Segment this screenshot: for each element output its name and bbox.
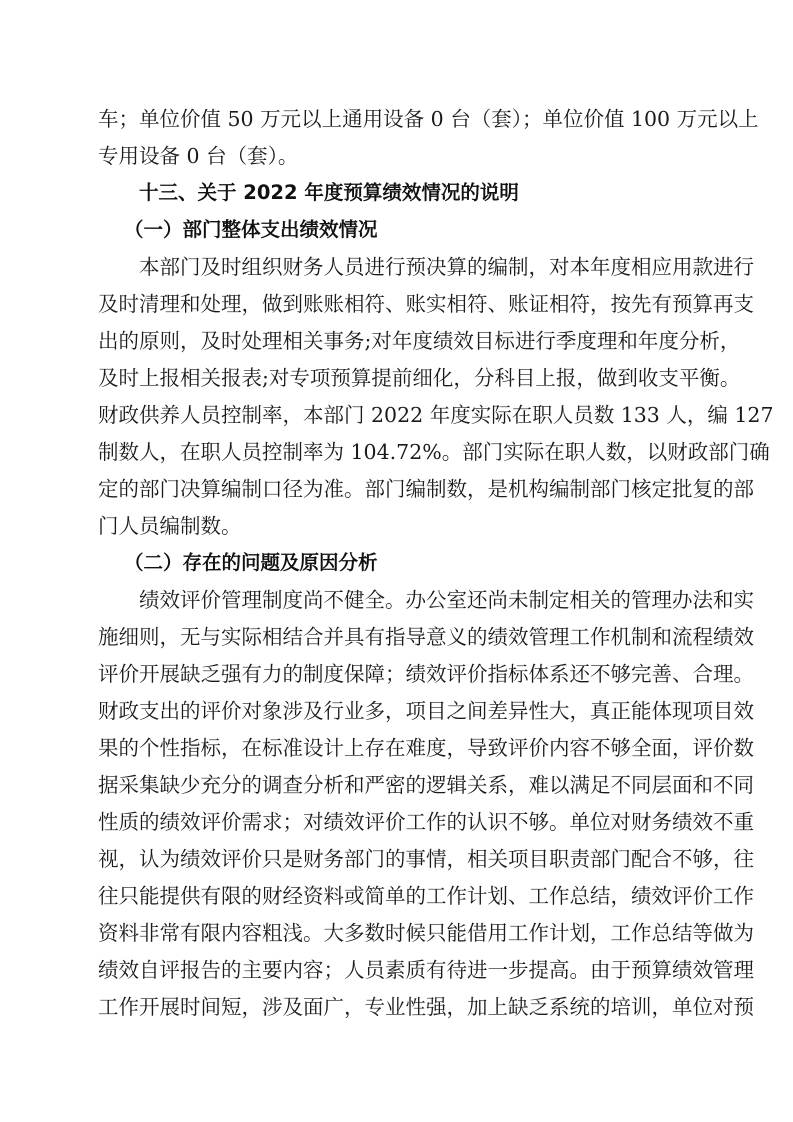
body-line: 资料非常有限内容粗浅。大多数时候只能借用工作计划，工作总结等做为 (98, 918, 700, 948)
body-line: 及时清理和处理，做到账账相符、账实相符、账证相符，按先有预算再支 (98, 289, 700, 319)
body-line: 财政支出的评价对象涉及行业多，项目之间差异性大，真正能体现项目效 (98, 696, 700, 726)
body-line: 定的部门决算编制口径为准。部门编制数，是机构编制部门核定批复的部 (98, 474, 700, 504)
body-line: 出的原则，及时处理相关事务;对年度绩效目标进行季度理和年度分析， (98, 326, 700, 356)
subsection-heading: （一）部门整体支出绩效情况 (124, 215, 378, 245)
body-line: 及时上报相关报表;对专项预算提前细化，分科目上报，做到收支平衡。 (98, 363, 700, 393)
body-line: 车；单位价值 50 万元以上通用设备 0 台（套）；单位价值 100 万元以上 (98, 104, 700, 134)
section-heading: 十三、关于 2022 年度预算绩效情况的说明 (139, 178, 519, 208)
body-line: 财政供养人员控制率，本部门 2022 年度实际在职人员数 133 人，编 127 (98, 400, 700, 430)
body-line: 果的个性指标，在标准设计上存在难度，导致评价内容不够全面，评价数 (98, 733, 700, 763)
body-line: 专用设备 0 台（套）。 (98, 141, 700, 171)
body-line: 工作开展时间短，涉及面广，专业性强，加上缺乏系统的培训，单位对预 (98, 992, 700, 1022)
body-line: 评价开展缺乏强有力的制度保障；绩效评价指标体系还不够完善、合理。 (98, 659, 700, 689)
body-line: 视，认为绩效评价只是财务部门的事情，相关项目职责部门配合不够，往 (98, 844, 700, 874)
body-line: 性质的绩效评价需求；对绩效评价工作的认识不够。单位对财务绩效不重 (98, 807, 700, 837)
subsection-heading: （二）存在的问题及原因分析 (124, 548, 378, 578)
body-line: 绩效自评报告的主要内容；人员素质有待进一步提高。由于预算绩效管理 (98, 955, 700, 985)
body-line: 门人员编制数。 (98, 511, 700, 541)
body-line: 施细则，无与实际相结合并具有指导意义的绩效管理工作机制和流程绩效 (98, 622, 700, 652)
body-line: 制数人，在职人员控制率为 104.72%。部门实际在职人数，以财政部门确 (98, 437, 700, 467)
body-line: 据采集缺少充分的调查分析和严密的逻辑关系，难以满足不同层面和不同 (98, 770, 700, 800)
body-line: 绩效评价管理制度尚不健全。办公室还尚未制定相关的管理办法和实 (139, 585, 700, 615)
document-page: 车；单位价值 50 万元以上通用设备 0 台（套）；单位价值 100 万元以上 … (0, 0, 793, 1122)
body-line: 本部门及时组织财务人员进行预决算的编制，对本年度相应用款进行 (139, 252, 700, 282)
body-line: 往只能提供有限的财经资料或简单的工作计划、工作总结，绩效评价工作 (98, 881, 700, 911)
